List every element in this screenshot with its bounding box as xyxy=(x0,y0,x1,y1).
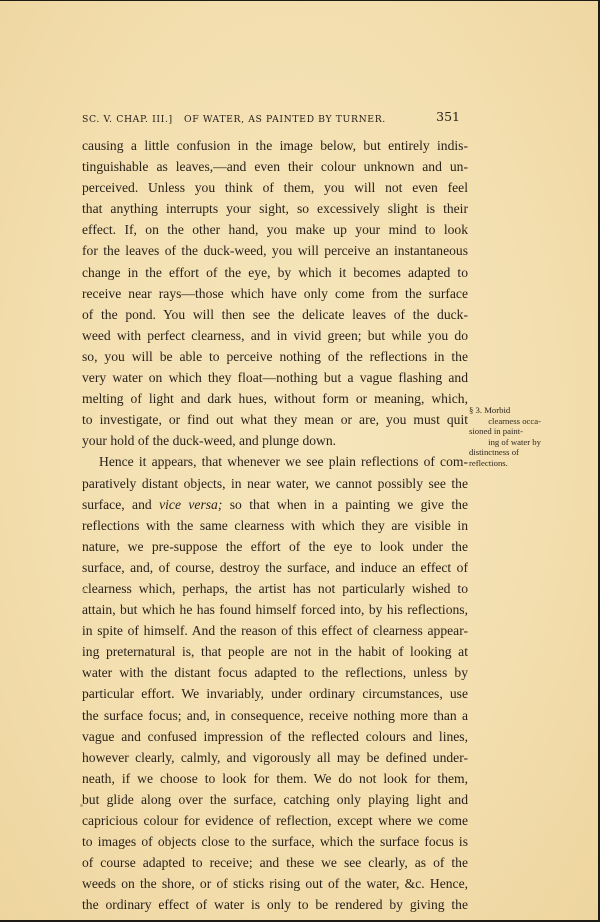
text-line: weeds on the shore, or of sticks rising … xyxy=(82,873,468,894)
chapter-reference: SC. V. CHAP. III.] xyxy=(82,114,173,125)
text-line: ing preternatural is, that people are no… xyxy=(82,641,468,662)
italic-phrase: vice versa; xyxy=(159,497,222,512)
marginal-line: distinctness of xyxy=(469,447,541,458)
text-line: attain, but which he has found himself f… xyxy=(82,599,468,620)
text-line: tinguishable as leaves,—and even their c… xyxy=(82,156,468,177)
text-line: nature, we pre-suppose the effort of the… xyxy=(82,536,468,557)
running-title: OF WATER, AS PAINTED BY TURNER. xyxy=(184,114,386,125)
text-line: surface, and, of course, destroy the sur… xyxy=(82,557,468,578)
text-line: weed with perfect clearness, and in vivi… xyxy=(82,325,468,346)
text-line: causing a little confusion in the image … xyxy=(82,135,468,156)
text-line: perceived. Unless you think of them, you… xyxy=(82,177,468,198)
text-line: melting of light and dark hues, without … xyxy=(82,388,468,409)
text-line: of course adapted to receive; and these … xyxy=(82,852,468,873)
paper-blemish xyxy=(82,589,85,592)
text-line: of the pond. You will then see the delic… xyxy=(82,304,468,325)
book-page: SC. V. CHAP. III.] OF WATER, AS PAINTED … xyxy=(0,1,598,920)
text-line: for the leaves of the duck-weed, you wil… xyxy=(82,240,468,261)
marginal-line: § 3. Morbid xyxy=(469,405,541,416)
marginal-line: sioned in paint- xyxy=(469,426,541,437)
text-line: vague and confused impression of the ref… xyxy=(82,726,468,747)
text-line: the surface focus; and, in consequence, … xyxy=(82,705,468,726)
marginal-line: clearness occa- xyxy=(469,416,541,427)
text-line: very water on which they float—nothing b… xyxy=(82,367,468,388)
text-segment: surface, and xyxy=(82,497,159,512)
text-line: effect. If, on the other hand, you make … xyxy=(82,219,468,240)
text-line: however clearly, calmly, and vigorously … xyxy=(82,747,468,768)
text-segment: so that when in a painting we give the xyxy=(222,497,468,512)
text-line: that anything interrupts your sight, so … xyxy=(82,198,468,219)
marginal-note: § 3. Morbid clearness occa- sioned in pa… xyxy=(469,405,541,469)
text-line: clearness which, perhaps, the artist has… xyxy=(82,578,468,599)
text-line: capricious colour for evidence of reflec… xyxy=(82,810,468,831)
body-text: causing a little confusion in the image … xyxy=(82,135,468,915)
text-line: water with the distant focus adapted to … xyxy=(82,662,468,683)
running-header: SC. V. CHAP. III.] OF WATER, AS PAINTED … xyxy=(82,109,464,129)
text-line: receive near rays—those which have only … xyxy=(82,283,468,304)
paragraph-end-line: your hold of the duck-weed, and plunge d… xyxy=(82,430,468,451)
text-line: change in the effort of the eye, by whic… xyxy=(82,262,468,283)
marginal-line: reflections. xyxy=(469,458,541,469)
paper-blemish xyxy=(80,804,83,807)
text-line: to investigate, or find out what they me… xyxy=(82,409,468,430)
paragraph-start-line: Hence it appears, that whenever we see p… xyxy=(82,451,468,472)
text-line: paratively distant objects, in near wate… xyxy=(82,473,468,494)
text-line: neath, if we choose to look for them. We… xyxy=(82,768,468,789)
text-line: but glide along over the surface, catchi… xyxy=(82,789,468,810)
marginal-line: ing of water by xyxy=(469,437,541,448)
text-line: reflections with the same clearness with… xyxy=(82,515,468,536)
page-number: 351 xyxy=(436,109,460,124)
text-line: to images of objects close to the surfac… xyxy=(82,831,468,852)
text-line: in spite of himself. And the reason of t… xyxy=(82,620,468,641)
text-line: the ordinary effect of water is only to … xyxy=(82,894,468,915)
text-line-with-italic: surface, and vice versa; so that when in… xyxy=(82,494,468,515)
text-line: so, you will be able to perceive nothing… xyxy=(82,346,468,367)
text-line: particular effort. We invariably, under … xyxy=(82,683,468,704)
